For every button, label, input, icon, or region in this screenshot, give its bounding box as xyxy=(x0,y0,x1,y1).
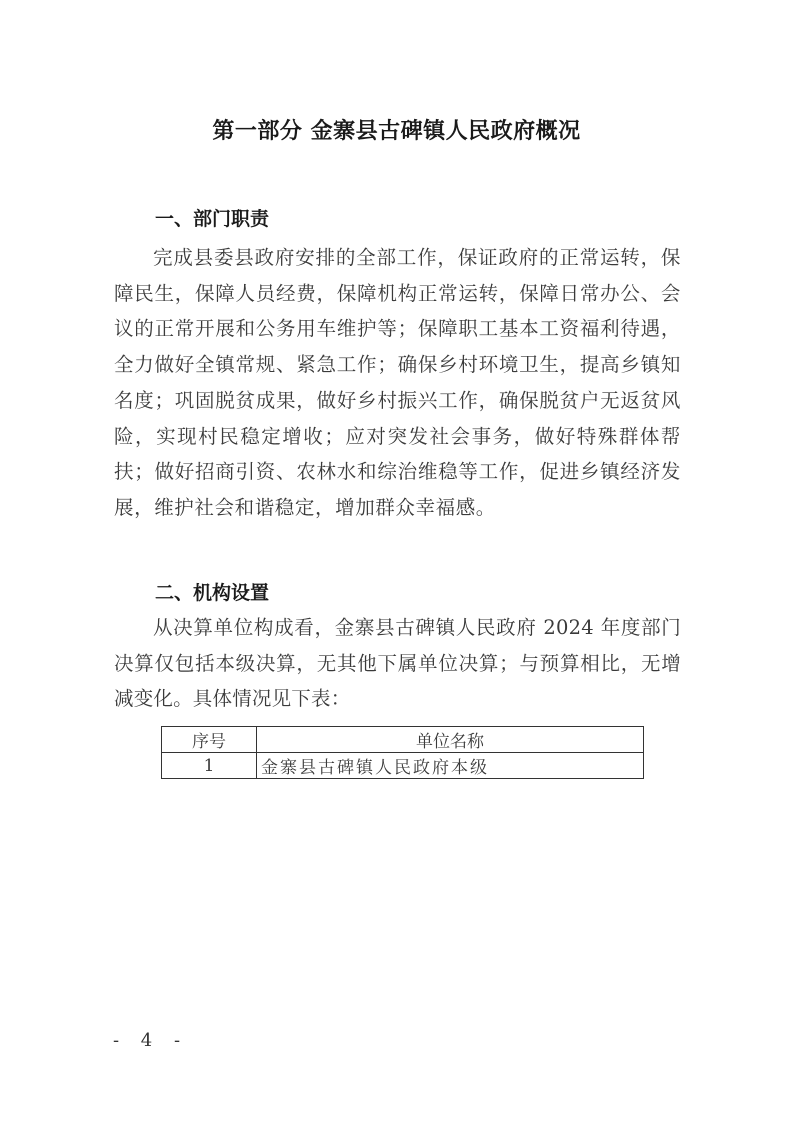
table-row: 1 金寨县古碑镇人民政府本级 xyxy=(162,753,644,779)
page-number: - 4 - xyxy=(113,1030,188,1051)
cell-unit-name: 金寨县古碑镇人民政府本级 xyxy=(257,753,644,779)
section-heading-organization: 二、机构设置 xyxy=(155,578,269,605)
unit-table: 序号 单位名称 1 金寨县古碑镇人民政府本级 xyxy=(161,726,644,779)
cell-index: 1 xyxy=(162,753,257,779)
section-body-organization: 从决算单位构成看，金寨县古碑镇人民政府 2024 年度部门决算仅包括本级决算，无… xyxy=(114,610,681,717)
column-header-index: 序号 xyxy=(162,727,257,753)
section-body-duties: 完成县委县政府安排的全部工作，保证政府的正常运转，保障民生，保障人员经费，保障机… xyxy=(114,240,681,526)
page-title: 第一部分 金寨县古碑镇人民政府概况 xyxy=(0,114,793,145)
section-heading-duties: 一、部门职责 xyxy=(155,204,269,231)
column-header-unit-name: 单位名称 xyxy=(257,727,644,753)
table-header-row: 序号 单位名称 xyxy=(162,727,644,753)
